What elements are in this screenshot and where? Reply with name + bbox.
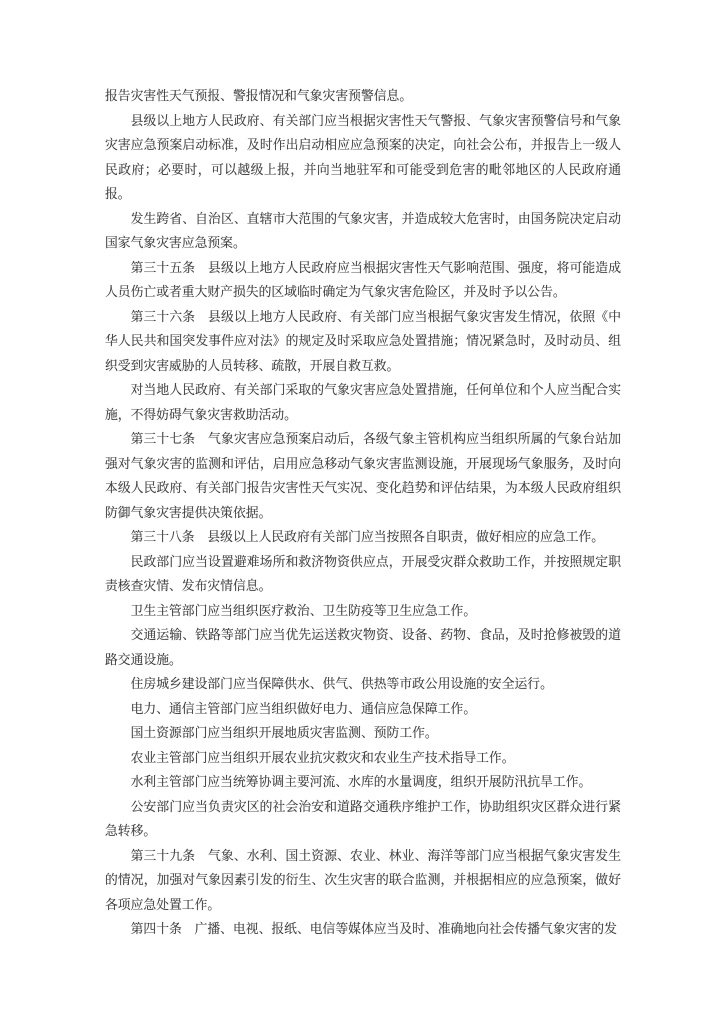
- continuation-paragraph: 报告灾害性天气预报、警报情况和气象灾害预警信息。: [105, 84, 621, 109]
- article-35-paragraph: 第三十五条 县级以上地方人民政府应当根据灾害性天气影响范围、强度，将可能造成人员…: [105, 256, 621, 305]
- article-36-paragraph: 第三十六条 县级以上地方人民政府、有关部门应当根据气象灾害发生情况，依照《中华人…: [105, 305, 621, 379]
- paragraph: 国土资源部门应当组织开展地质灾害监测、预防工作。: [105, 721, 621, 746]
- document-body: 报告灾害性天气预报、警报情况和气象灾害预警信息。 县级以上地方人民政府、有关部门…: [105, 84, 621, 942]
- paragraph: 住房城乡建设部门应当保障供水、供气、供热等市政公用设施的安全运行。: [105, 672, 621, 697]
- document-page: 报告灾害性天气预报、警报情况和气象灾害预警信息。 县级以上地方人民政府、有关部门…: [0, 0, 724, 1024]
- paragraph: 水利主管部门应当统筹协调主要河流、水库的水量调度，组织开展防汛抗旱工作。: [105, 770, 621, 795]
- article-38-paragraph: 第三十八条 县级以上人民政府有关部门应当按照各自职责，做好相应的应急工作。: [105, 525, 621, 550]
- paragraph: 公安部门应当负责灾区的社会治安和道路交通秩序维护工作，协助组织灾区群众进行紧急转…: [105, 795, 621, 844]
- paragraph: 卫生主管部门应当组织医疗救治、卫生防疫等卫生应急工作。: [105, 599, 621, 624]
- paragraph: 电力、通信主管部门应当组织做好电力、通信应急保障工作。: [105, 697, 621, 722]
- paragraph: 农业主管部门应当组织开展农业抗灾救灾和农业生产技术指导工作。: [105, 746, 621, 771]
- article-40-paragraph: 第四十条 广播、电视、报纸、电信等媒体应当及时、准确地向社会传播气象灾害的发: [105, 917, 621, 942]
- article-37-paragraph: 第三十七条 气象灾害应急预案启动后，各级气象主管机构应当组织所属的气象台站加强对…: [105, 427, 621, 525]
- article-39-paragraph: 第三十九条 气象、水利、国土资源、农业、林业、海洋等部门应当根据气象灾害发生的情…: [105, 844, 621, 918]
- paragraph: 民政部门应当设置避难场所和救济物资供应点，开展受灾群众救助工作，并按照规定职责核…: [105, 550, 621, 599]
- paragraph: 交通运输、铁路等部门应当优先运送救灾物资、设备、药物、食品，及时抢修被毁的道路交…: [105, 623, 621, 672]
- paragraph: 县级以上地方人民政府、有关部门应当根据灾害性天气警报、气象灾害预警信号和气象灾害…: [105, 109, 621, 207]
- paragraph: 发生跨省、自治区、直辖市大范围的气象灾害，并造成较大危害时，由国务院决定启动国家…: [105, 207, 621, 256]
- paragraph: 对当地人民政府、有关部门采取的气象灾害应急处置措施，任何单位和个人应当配合实施，…: [105, 378, 621, 427]
